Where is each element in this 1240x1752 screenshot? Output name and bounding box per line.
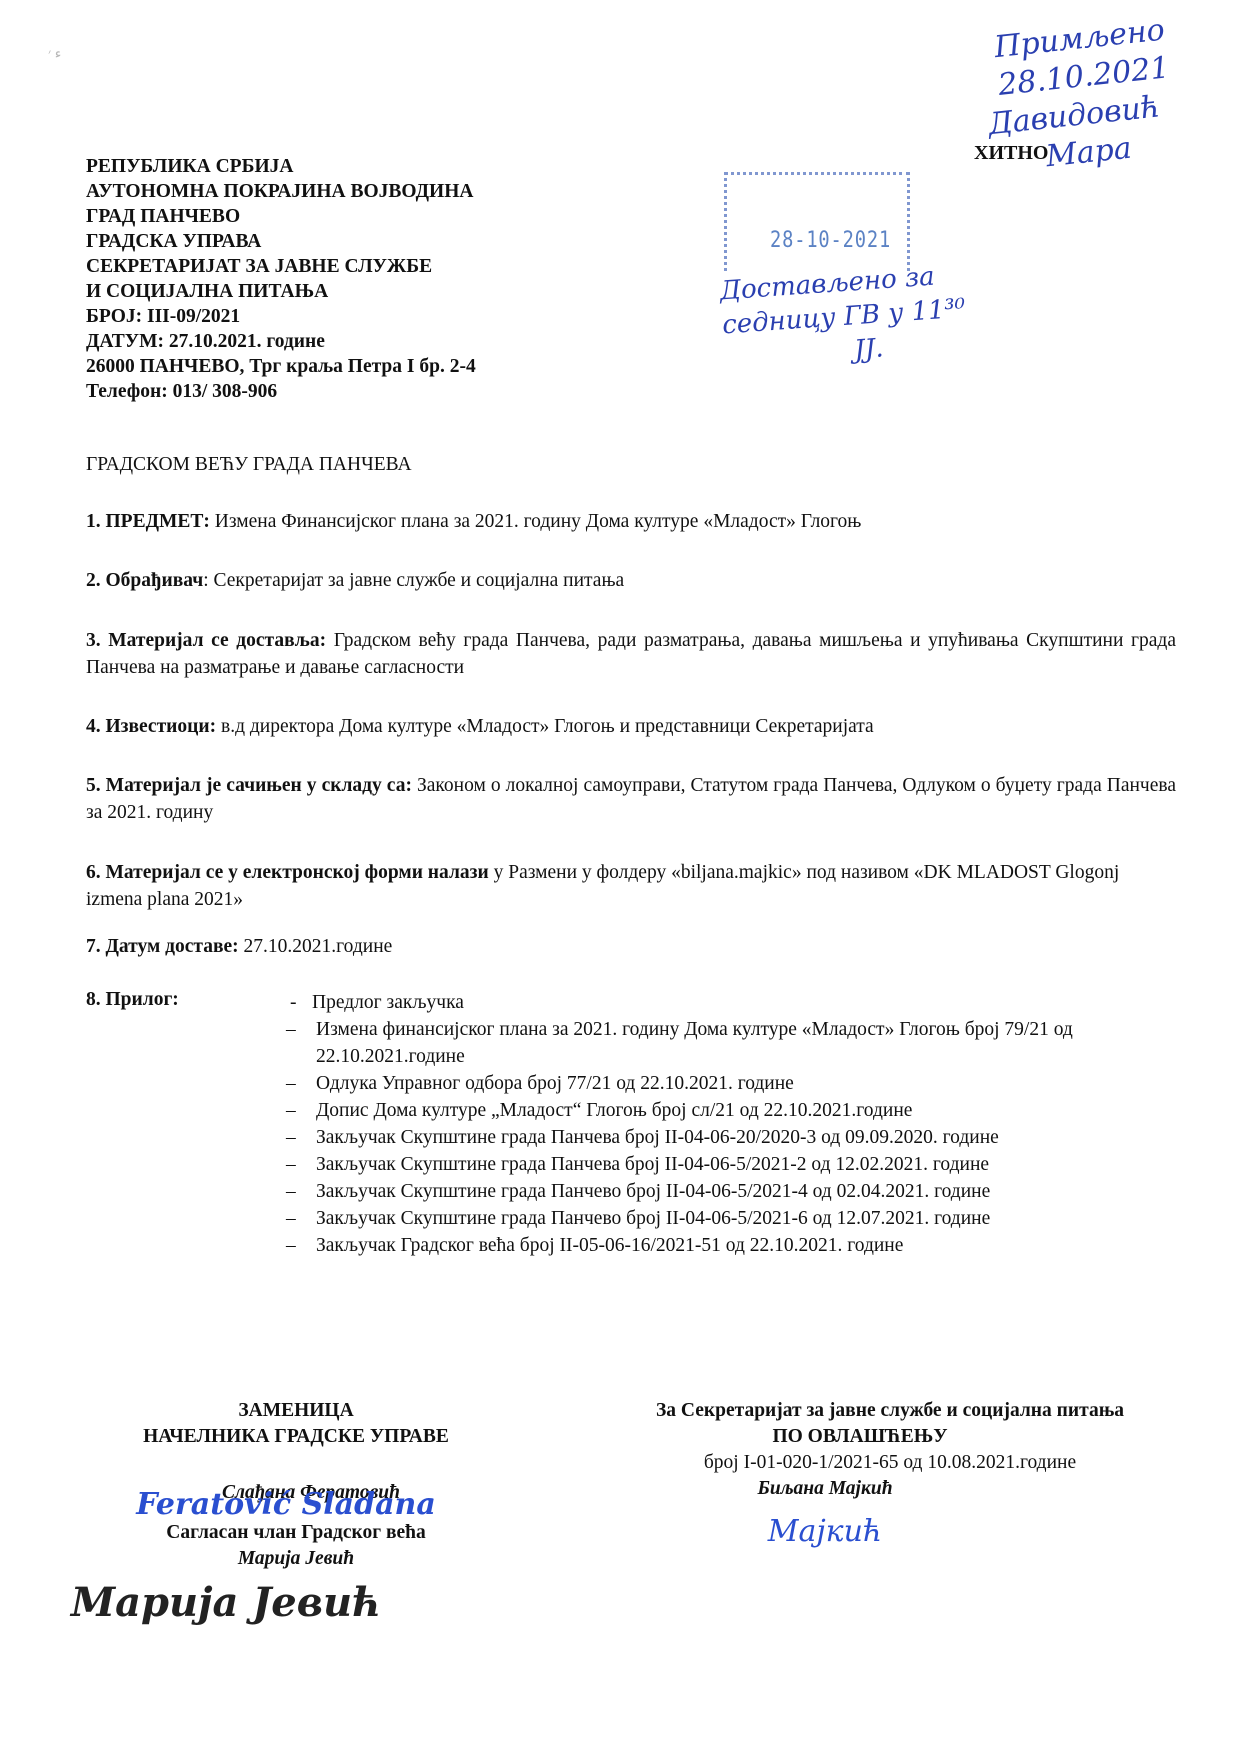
signature-block-right: За Секретаријат за јавне службе и соција… <box>610 1398 1170 1562</box>
dash-bullet: - <box>290 989 297 1016</box>
document-date: ДАТУМ: 27.10.2021. године <box>86 329 476 354</box>
handwritten-signature: Мајкић <box>480 1502 1170 1562</box>
header-line: ГРАД ПАНЧЕВО <box>86 204 476 229</box>
attachment-item: -Предлог закључка <box>286 989 1186 1016</box>
dash-bullet: – <box>286 1097 296 1124</box>
dash-bullet: – <box>286 1070 296 1097</box>
urgent-label: ХИТНО <box>974 142 1048 165</box>
signatory-org: За Секретаријат за јавне службе и соција… <box>610 1398 1170 1424</box>
item-subject: 1. ПРЕДМЕТ: Измена Финансијског плана за… <box>86 508 1176 535</box>
document-number: БРОЈ: III-09/2021 <box>86 304 476 329</box>
handwritten-line: ЈЈ. <box>853 325 969 367</box>
attachment-item: –Допис Дома културе „Младост“ Глогоњ бро… <box>286 1097 1186 1124</box>
stamp-handwritten-note: Достављено за седницу ГВ у 11³⁰ ЈЈ. <box>719 258 969 377</box>
dash-bullet: – <box>286 1124 296 1151</box>
handwritten-signature: Марија Јевић <box>0 1578 506 1628</box>
consent-name: Марија Јевић <box>86 1546 506 1572</box>
attachment-item: –Закључак Скупштине града Панчево број I… <box>286 1178 1186 1205</box>
item-text: в.д директора Дома културе «Младост» Гло… <box>216 716 874 737</box>
header-line: ГРАДСКА УПРАВА <box>86 229 476 254</box>
authorization-number: број I-01-020-1/2021-65 од 10.08.2021.го… <box>610 1450 1170 1476</box>
attachment-item: –Измена финансијског плана за 2021. годи… <box>286 1016 1186 1070</box>
item-text: 27.10.2021.године <box>239 936 393 957</box>
item-label: 2. Обрађивач <box>86 570 203 591</box>
scan-artifact: ﺀ ׳ <box>48 46 61 63</box>
phone: Телефон: 013/ 308-906 <box>86 379 476 404</box>
dash-bullet: – <box>286 1151 296 1178</box>
item-electronic-location: 6. Материјал се у електронској форми нал… <box>86 859 1176 913</box>
attachment-item: –Закључак Скупштине града Панчева број I… <box>286 1124 1186 1151</box>
authorization-label: ПО ОВЛАШЋЕЊУ <box>550 1424 1170 1450</box>
attachment-item: –Закључак Скупштине града Панчева број I… <box>286 1151 1186 1178</box>
item-label: 5. Материјал је сачињен у складу са: <box>86 775 412 796</box>
item-label: 3. Материјал се доставља: <box>86 630 326 651</box>
item-reporters: 4. Известиоци: в.д директора Дома култур… <box>86 713 1176 740</box>
item-label: 4. Известиоци: <box>86 716 216 737</box>
address: 26000 ПАНЧЕВО, Трг краља Петра I бр. 2-4 <box>86 354 476 379</box>
attachment-item: –Закључак Градског већа број II-05-06-16… <box>286 1232 1186 1259</box>
dash-bullet: – <box>286 1178 296 1205</box>
item-legal-basis: 5. Материјал је сачињен у складу са: Зак… <box>86 772 1176 826</box>
item-label: 1. ПРЕДМЕТ: <box>86 511 210 532</box>
attachments-label: 8. Прилог: <box>86 989 179 1011</box>
item-processor: 2. Обрађивач: Секретаријат за јавне служ… <box>86 567 1176 594</box>
document-header: РЕПУБЛИКА СРБИЈА АУТОНОМНА ПОКРАЈИНА ВОЈ… <box>86 154 476 404</box>
recipient: ГРАДСКОМ ВЕЋУ ГРАДА ПАНЧЕВА <box>86 454 412 476</box>
signatory-name: Биљана Мајкић <box>480 1476 1170 1502</box>
item-text: Измена Финансијског плана за 2021. годин… <box>210 511 862 532</box>
header-line: СЕКРЕТАРИЈАТ ЗА ЈАВНЕ СЛУЖБЕ <box>86 254 476 279</box>
header-line: И СОЦИЈАЛНА ПИТАЊА <box>86 279 476 304</box>
stamp-date: 28-10-2021 <box>770 228 891 253</box>
item-delivered-to: 3. Материјал се доставља: Градском већу … <box>86 627 1176 681</box>
header-line: РЕПУБЛИКА СРБИЈА <box>86 154 476 179</box>
received-stamp <box>724 172 910 271</box>
item-text: : Секретаријат за јавне службе и социјал… <box>203 570 624 591</box>
handwritten-signature: Feratović Sladana <box>66 1490 506 1520</box>
signatory-title: НАЧЕЛНИКА ГРАДСКЕ УПРАВЕ <box>86 1424 506 1450</box>
signature-block-left: ЗАМЕНИЦА НАЧЕЛНИКА ГРАДСКЕ УПРАВЕ Слађан… <box>86 1398 506 1628</box>
consent-label: Сагласан члан Градског већа <box>86 1520 506 1546</box>
item-label: 7. Датум доставе: <box>86 936 239 957</box>
attachment-item: –Закључак Скупштине града Панчево број I… <box>286 1205 1186 1232</box>
dash-bullet: – <box>286 1232 296 1259</box>
header-line: АУТОНОМНА ПОКРАЈИНА ВОЈВОДИНА <box>86 179 476 204</box>
attachment-item: –Одлука Управног одбора број 77/21 од 22… <box>286 1070 1186 1097</box>
dash-bullet: – <box>286 1016 296 1043</box>
item-delivery-date: 7. Датум доставе: 27.10.2021.године <box>86 933 1176 960</box>
dash-bullet: – <box>286 1205 296 1232</box>
attachments-list: -Предлог закључка –Измена финансијског п… <box>286 989 1186 1259</box>
item-label: 6. Материјал се у електронској форми нал… <box>86 862 489 883</box>
signatory-title: ЗАМЕНИЦА <box>86 1398 506 1424</box>
